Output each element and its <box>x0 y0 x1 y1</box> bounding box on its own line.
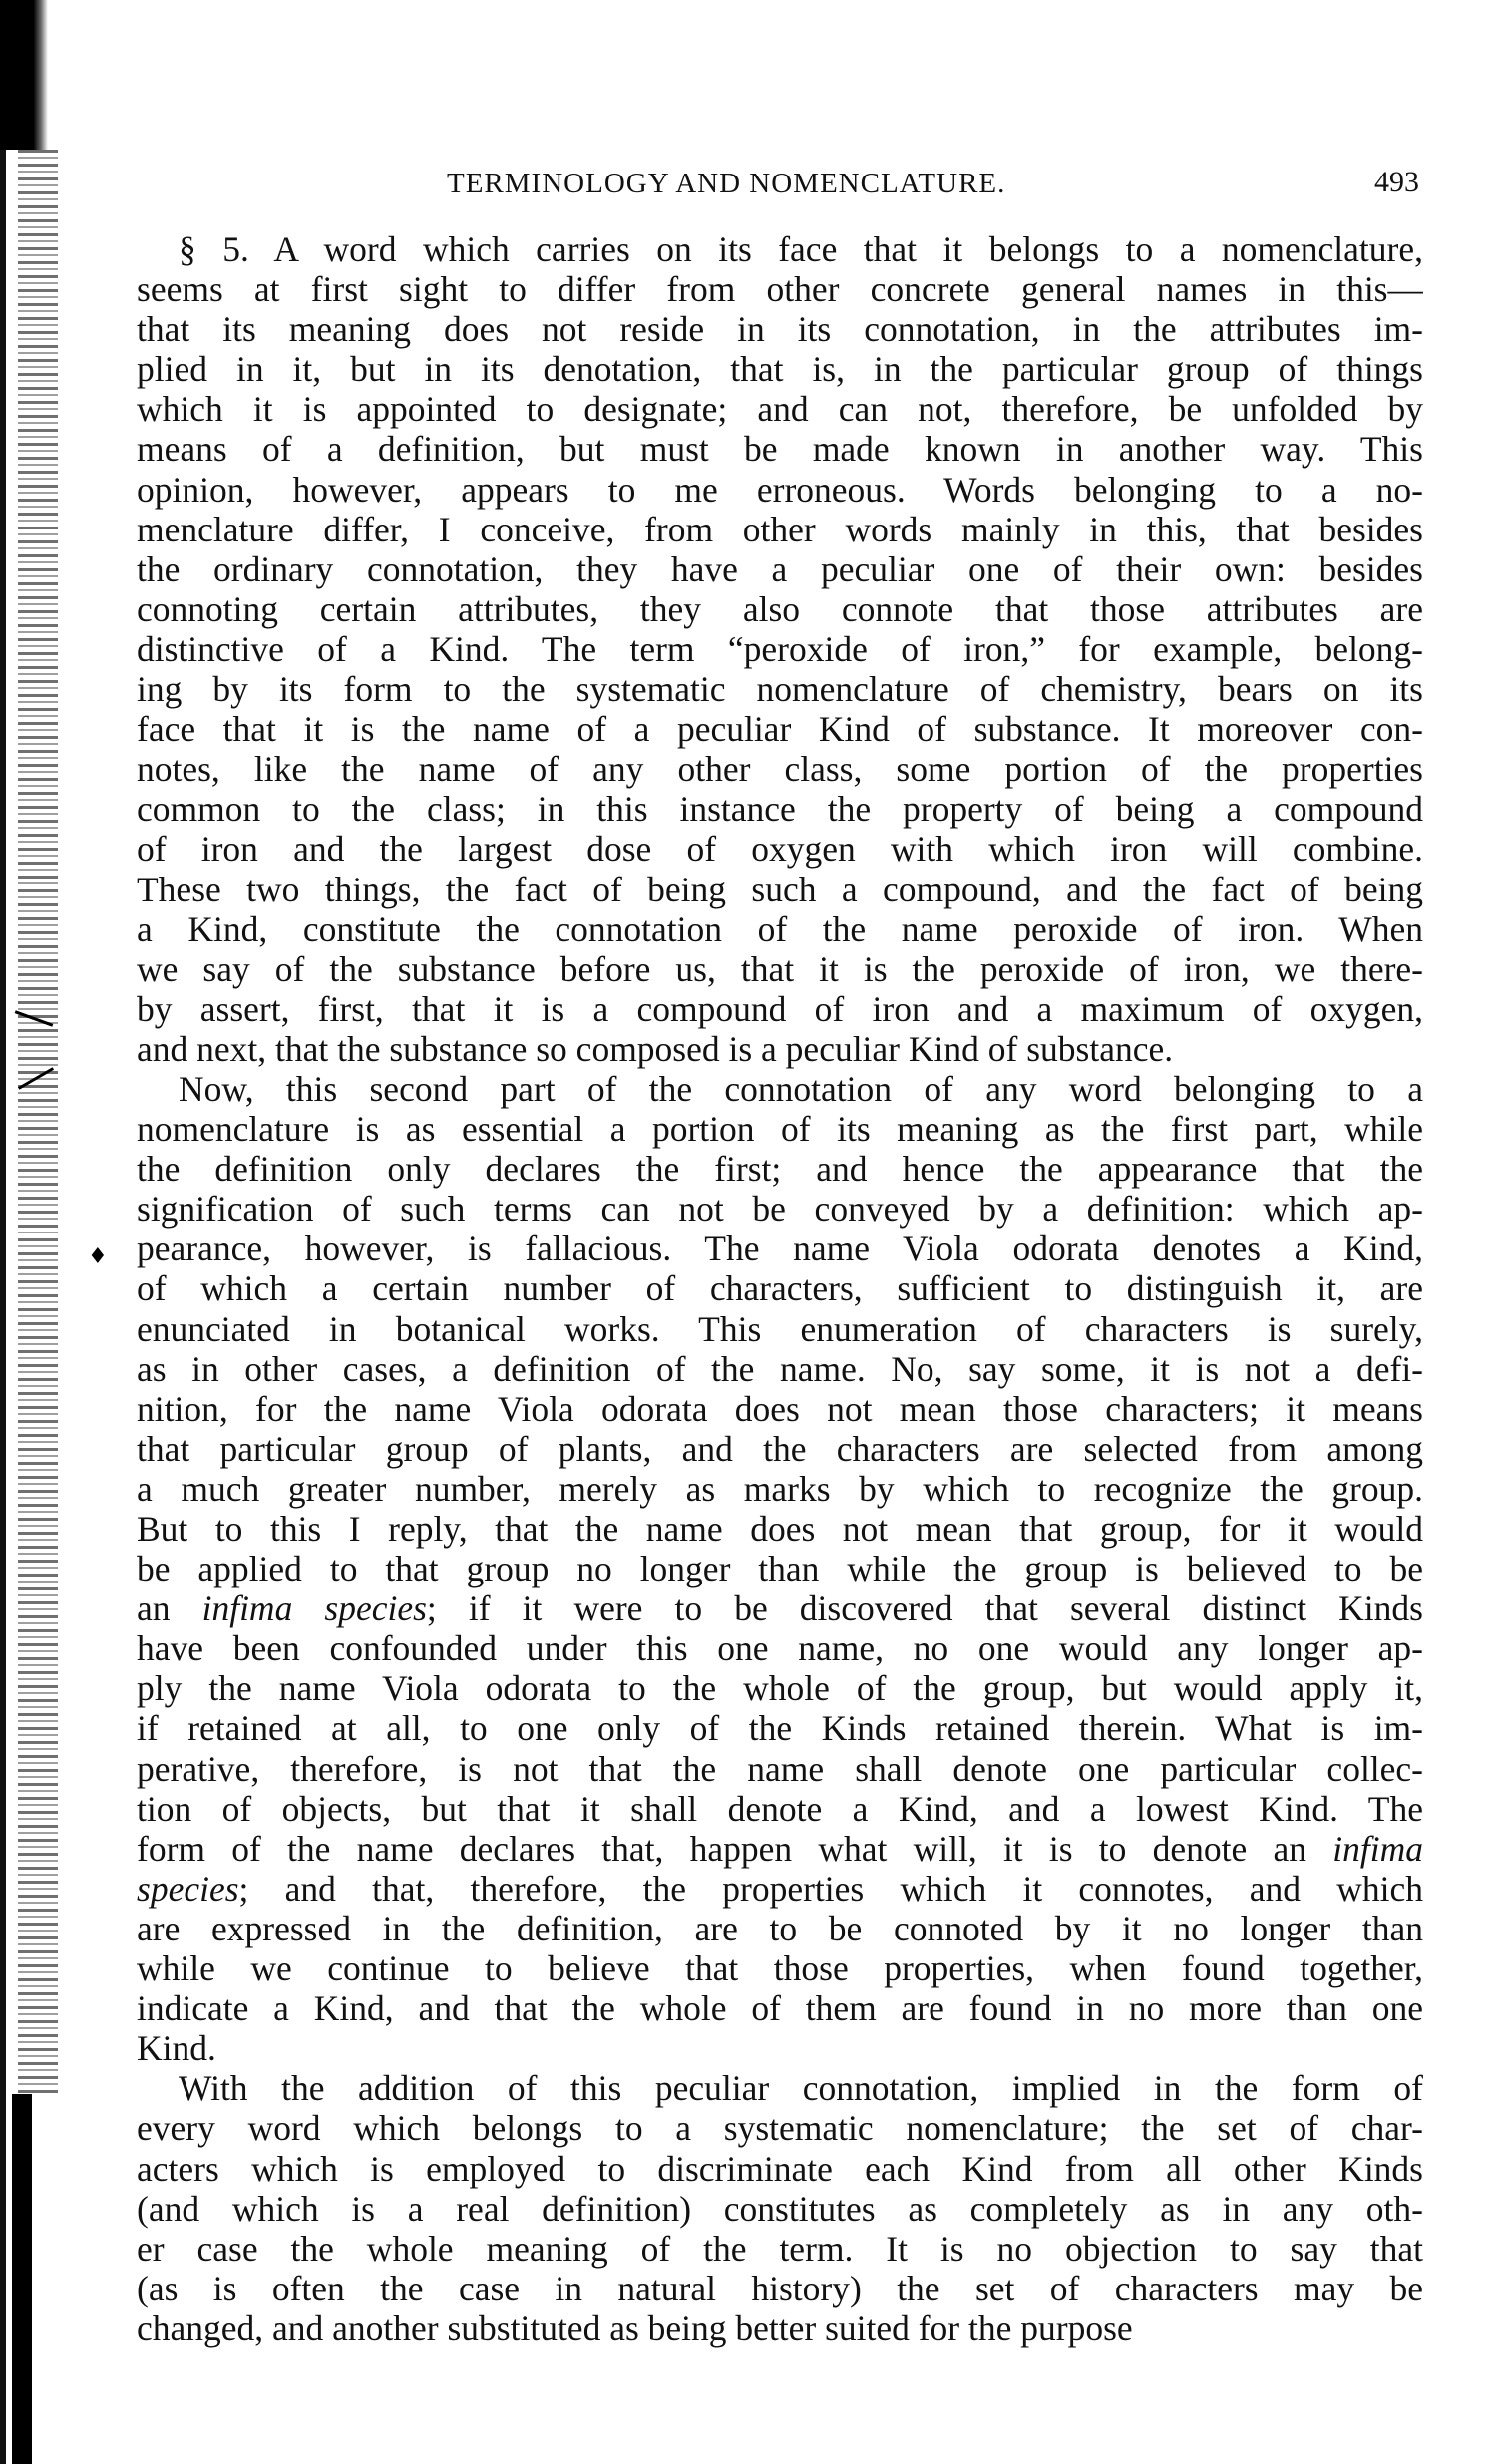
text-line: opinion, however, appears to me erroneou… <box>137 470 1423 510</box>
text-line: nition, for the name Viola odorata does … <box>137 1389 1423 1429</box>
text-line: notes, like the name of any other class,… <box>137 749 1423 789</box>
text-line: are expressed in the definition, are to … <box>137 1909 1423 1948</box>
margin-diamond-icon: ♦ <box>88 1244 108 1269</box>
text-line: menclature differ, I conceive, from othe… <box>137 510 1423 549</box>
text-line: Kind. <box>137 2028 1423 2068</box>
text-line: pearance, however, is fallacious. The na… <box>137 1229 1423 1268</box>
text-line: Now, this second part of the connotation… <box>137 1069 1423 1109</box>
binding-bar <box>12 2094 32 2464</box>
text-line: an infima species; if it were to be disc… <box>137 1588 1423 1628</box>
text-line: a Kind, constitute the connotation of th… <box>137 909 1423 949</box>
text-line: of which a certain number of characters,… <box>137 1268 1423 1308</box>
text-line: the ordinary connotation, they have a pe… <box>137 549 1423 589</box>
binding-shadow <box>0 0 48 150</box>
text-line: ing by its form to the systematic nomenc… <box>137 669 1423 709</box>
text-line: the definition only declares the first; … <box>137 1149 1423 1189</box>
text-line: that particular group of plants, and the… <box>137 1429 1423 1469</box>
text-line: we say of the substance before us, that … <box>137 949 1423 989</box>
text-line: nomenclature is as essential a portion o… <box>137 1109 1423 1149</box>
text-line: But to this I reply, that the name does … <box>137 1509 1423 1549</box>
text-line: means of a definition, but must be made … <box>137 429 1423 469</box>
page-number: 493 <box>1374 166 1419 199</box>
text-line: enunciated in botanical works. This enum… <box>137 1309 1423 1349</box>
text-line: common to the class; in this instance th… <box>137 789 1423 829</box>
paragraph-paragraph-with: With the addition of this peculiar conno… <box>137 2068 1423 2348</box>
text-line: signification of such terms can not be c… <box>137 1189 1423 1229</box>
text-line: tion of objects, but that it shall denot… <box>137 1789 1423 1829</box>
text-line: seems at first sight to differ from othe… <box>137 269 1423 309</box>
text-line: if retained at all, to one only of the K… <box>137 1708 1423 1748</box>
body-text: § 5. A word which carries on its face th… <box>137 229 1423 2348</box>
text-line: that its meaning does not reside in its … <box>137 309 1423 349</box>
text-line: § 5. A word which carries on its face th… <box>137 229 1423 269</box>
text-line: every word which belongs to a systematic… <box>137 2108 1423 2148</box>
book-page: ♦ TERMINOLOGY AND NOMENCLATURE. 493 § 5.… <box>0 0 1490 2464</box>
text-line: (as is often the case in natural history… <box>137 2269 1423 2308</box>
text-line: while we continue to believe that those … <box>137 1948 1423 1988</box>
text-line: er case the whole meaning of the term. I… <box>137 2229 1423 2269</box>
text-line: connoting certain attributes, they also … <box>137 589 1423 629</box>
text-line: a much greater number, merely as marks b… <box>137 1469 1423 1509</box>
text-line: (and which is a real definition) constit… <box>137 2189 1423 2229</box>
text-line: These two things, the fact of being such… <box>137 870 1423 909</box>
text-line: species; and that, therefore, the proper… <box>137 1869 1423 1909</box>
text-line: form of the name declares that, happen w… <box>137 1829 1423 1869</box>
paragraph-paragraph-now: Now, this second part of the connotation… <box>137 1069 1423 2068</box>
text-line: as in other cases, a definition of the n… <box>137 1349 1423 1389</box>
text-line: indicate a Kind, and that the whole of t… <box>137 1988 1423 2028</box>
text-line: changed, and another substituted as bein… <box>137 2308 1423 2348</box>
text-line: have been confounded under this one name… <box>137 1628 1423 1668</box>
text-line: and next, that the substance so composed… <box>137 1029 1423 1069</box>
text-line: With the addition of this peculiar conno… <box>137 2068 1423 2108</box>
scan-noise-band <box>18 150 58 2094</box>
text-line: perative, therefore, is not that the nam… <box>137 1749 1423 1789</box>
text-line: distinctive of a Kind. The term “peroxid… <box>137 629 1423 669</box>
text-line: acters which is employed to discriminate… <box>137 2149 1423 2189</box>
text-line: face that it is the name of a peculiar K… <box>137 709 1423 749</box>
text-line: ply the name Viola odorata to the whole … <box>137 1668 1423 1708</box>
running-title: TERMINOLOGY AND NOMENCLATURE. <box>447 168 1005 200</box>
paragraph-section-5: § 5. A word which carries on its face th… <box>137 229 1423 1069</box>
text-line: be applied to that group no longer than … <box>137 1549 1423 1588</box>
text-line: which it is appointed to designate; and … <box>137 389 1423 429</box>
binding-edge <box>0 0 6 2464</box>
text-line: by assert, first, that it is a compound … <box>137 989 1423 1029</box>
text-line: of iron and the largest dose of oxygen w… <box>137 829 1423 869</box>
text-line: plied in it, but in its denotation, that… <box>137 349 1423 389</box>
